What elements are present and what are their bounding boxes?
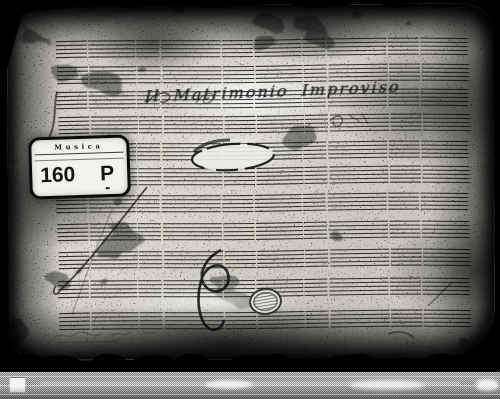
shelfmark-letter: P: [100, 162, 115, 186]
strip-highlight: [205, 380, 253, 389]
strip-highlight: [476, 379, 498, 391]
scanner-edge-strip: [0, 372, 500, 399]
strip-highlight: [40, 382, 460, 385]
paper-top-edge: [10, 4, 492, 15]
manuscript-scan: Il Matrimonio Improviso Musica 160 P: [0, 0, 500, 399]
strip-highlight: [9, 376, 26, 393]
shelfmark-number-row: 160 P: [32, 159, 128, 189]
label-rule: [35, 152, 124, 156]
strip-highlight: [350, 380, 425, 390]
paper-bottom-edge: [6, 345, 496, 362]
shelfmark-number: 160: [40, 163, 76, 188]
shelfmark-label: Musica 160 P: [28, 134, 131, 199]
shelfmark-collection: Musica: [31, 138, 126, 153]
